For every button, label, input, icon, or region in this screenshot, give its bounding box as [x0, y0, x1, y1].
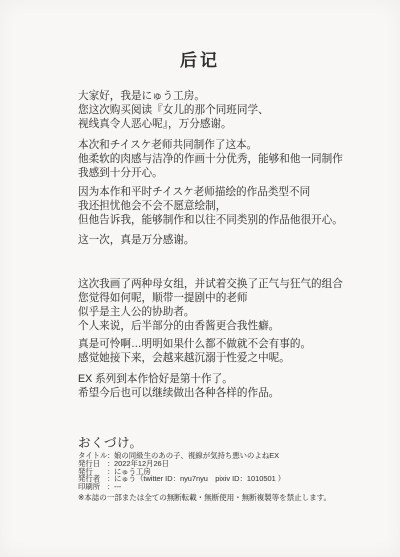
colophon-entry-label: 印刷所	[78, 483, 107, 491]
colophon-entry-value: にゅう（twitter ID：nyu7nyu pixiv ID：1010501 …	[114, 474, 285, 483]
colophon-entry: 印刷所：---	[78, 483, 285, 491]
afterword-paragraph: 这一次，真是万分感谢。	[78, 233, 394, 247]
afterword-page: 后记 大家好，我是にゅう工房。您这次购买阅读『女儿的那个同班同学、视线真令人恶心…	[0, 0, 400, 557]
colophon-entries: タイトル：娘の同級生のあの子、視線が気持ち悪いのよねEX発行日：2022年12月…	[78, 452, 285, 491]
afterword-paragraph: 本次和チイスケ老师共同制作了这本。他柔软的肉感与洁净的作画十分优秀，能够和他一同…	[78, 138, 394, 180]
copyright-notice: ※本誌の一部または全ての無断転載・無断使用・無断複製等を禁止します。	[78, 492, 331, 503]
afterword-paragraph: EX 系列到本作恰好是第十作了。希望今后也可以继续做出各种各样的作品。	[78, 372, 394, 400]
afterword-paragraph: 因为本作和平时チイスケ老师描绘的作品类型不同我还担忧他会不会不愿意绘制，但他告诉…	[78, 185, 394, 227]
afterword-paragraph: 大家好，我是にゅう工房。您这次购买阅读『女儿的那个同班同学、视线真令人恶心呢』，…	[78, 89, 394, 131]
page-title: 后记	[0, 46, 400, 71]
colophon-entry-separator: ：	[107, 483, 114, 491]
afterword-paragraph: 真是可怜啊…明明如果什么都不做就不会有事的。感觉她接下来，会越来越沉溺于性爱之中…	[78, 337, 394, 365]
afterword-paragraph: 这次我画了两种母女组，并试着交换了正气与狂气的组合您觉得如何呢，顺带一提剧中的老…	[78, 277, 394, 333]
afterword-body: 大家好，我是にゅう工房。您这次购买阅读『女儿的那个同班同学、视线真令人恶心呢』，…	[78, 89, 394, 400]
colophon-heading: おくづけ。	[78, 433, 143, 451]
colophon-entry-value: ---	[114, 482, 121, 491]
